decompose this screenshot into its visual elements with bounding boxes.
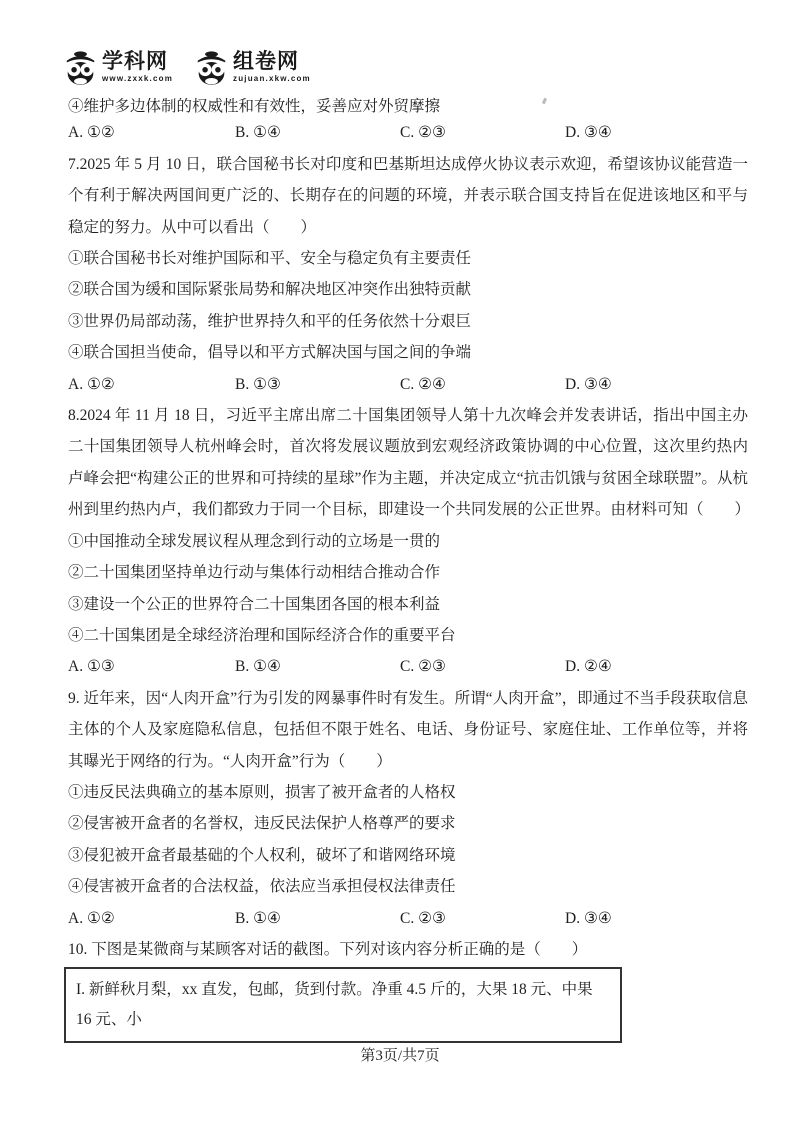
q9-option-4: ④侵害被开盒者的合法权益，依法应当承担侵权法律责任 — [68, 871, 748, 902]
q8-option-1: ①中国推动全球发展议程从理念到行动的立场是一贯的 — [68, 526, 748, 557]
q10-stem: 10. 下图是某微商与某顾客对话的截图。下列对该内容分析正确的是（ ） — [68, 934, 748, 965]
q6-choices: A. ①② B. ①④ C. ②③ D. ③④ — [68, 117, 748, 148]
choice-d: D. ③④ — [565, 117, 748, 148]
choice-a: A. ①③ — [68, 651, 235, 682]
q8-choices: A. ①③ B. ①④ C. ②③ D. ②④ — [68, 651, 748, 682]
choice-c: C. ②③ — [400, 117, 565, 148]
q8-option-3: ③建设一个公正的世界符合二十国集团各国的根本利益 — [68, 589, 748, 620]
owl-icon — [195, 48, 228, 86]
choice-c: C. ②③ — [400, 651, 565, 682]
q7-option-4: ④联合国担当使命，倡导以和平方式解决国与国之间的争端 — [68, 337, 748, 368]
choice-d: D. ③④ — [565, 369, 748, 400]
logo-subtitle: zujuan.xkw.com — [233, 75, 311, 83]
choice-b: B. ①③ — [235, 369, 400, 400]
q9-choices: A. ①② B. ①④ C. ②③ D. ③④ — [68, 903, 748, 934]
logo-row: 学科网 www.zxxk.com 组卷网 zujuan.xkw.com — [0, 0, 800, 88]
q9-option-3: ③侵犯被开盒者最基础的个人权利，破坏了和谐网络环境 — [68, 840, 748, 871]
owl-icon — [64, 48, 97, 86]
zujuanwang-logo: 组卷网 zujuan.xkw.com — [195, 48, 311, 86]
choice-a: A. ①② — [68, 117, 235, 148]
q9-stem: 9. 近年来，因“人肉开盒”行为引发的网暴事件时有发生。所谓“人肉开盒”，即通过… — [68, 683, 748, 777]
q8-option-4: ④二十国集团是全球经济治理和国际经济合作的重要平台 — [68, 620, 748, 651]
choice-b: B. ①④ — [235, 903, 400, 934]
logo-subtitle: www.zxxk.com — [102, 75, 173, 83]
chat-box-line: I. 新鲜秋月梨，xx 直发，包邮，货到付款。净重 4.5 斤的，大果 18 元… — [76, 975, 610, 1035]
xuekewang-logo: 学科网 www.zxxk.com — [64, 48, 173, 86]
page-footer: 第3页/共7页 — [0, 1044, 800, 1068]
q9-option-1: ①违反民法典确立的基本原则，损害了被开盒者的人格权 — [68, 777, 748, 808]
logo-title: 学科网 — [102, 51, 173, 72]
choice-a: A. ①② — [68, 903, 235, 934]
exam-content: ④维护多边体制的权威性和有效性，妥善应对外贸摩擦 A. ①② B. ①④ C. … — [0, 88, 800, 1043]
exam-page: 学科网 www.zxxk.com 组卷网 zujuan.xkw.com ④维护多… — [0, 0, 800, 1131]
choice-b: B. ①④ — [235, 117, 400, 148]
chat-screenshot-box: I. 新鲜秋月梨，xx 直发，包邮，货到付款。净重 4.5 斤的，大果 18 元… — [64, 967, 622, 1043]
choice-c: C. ②③ — [400, 903, 565, 934]
q7-option-1: ①联合国秘书长对维护国际和平、安全与稳定负有主要责任 — [68, 243, 748, 274]
choice-c: C. ②④ — [400, 369, 565, 400]
logo-text: 学科网 www.zxxk.com — [102, 51, 173, 83]
q7-option-2: ②联合国为缓和国际紧张局势和解决地区冲突作出独特贡献 — [68, 274, 748, 305]
q7-option-3: ③世界仍局部动荡，维护世界持久和平的任务依然十分艰巨 — [68, 306, 748, 337]
choice-d: D. ③④ — [565, 903, 748, 934]
logo-text: 组卷网 zujuan.xkw.com — [233, 51, 311, 83]
logo-title: 组卷网 — [233, 51, 311, 72]
choice-d: D. ②④ — [565, 651, 748, 682]
choice-b: B. ①④ — [235, 651, 400, 682]
q9-option-2: ②侵害被开盒者的名誉权，违反民法保护人格尊严的要求 — [68, 808, 748, 839]
choice-a: A. ①② — [68, 369, 235, 400]
q8-stem: 8.2024 年 11 月 18 日，习近平主席出席二十国集团领导人第十九次峰会… — [68, 400, 748, 526]
q8-option-2: ②二十国集团坚持单边行动与集体行动相结合推动合作 — [68, 557, 748, 588]
q7-stem: 7.2025 年 5 月 10 日，联合国秘书长对印度和巴基斯坦达成停火协议表示… — [68, 149, 748, 243]
q7-choices: A. ①② B. ①③ C. ②④ D. ③④ — [68, 369, 748, 400]
page-indicator: 第3页/共7页 — [360, 1048, 439, 1064]
